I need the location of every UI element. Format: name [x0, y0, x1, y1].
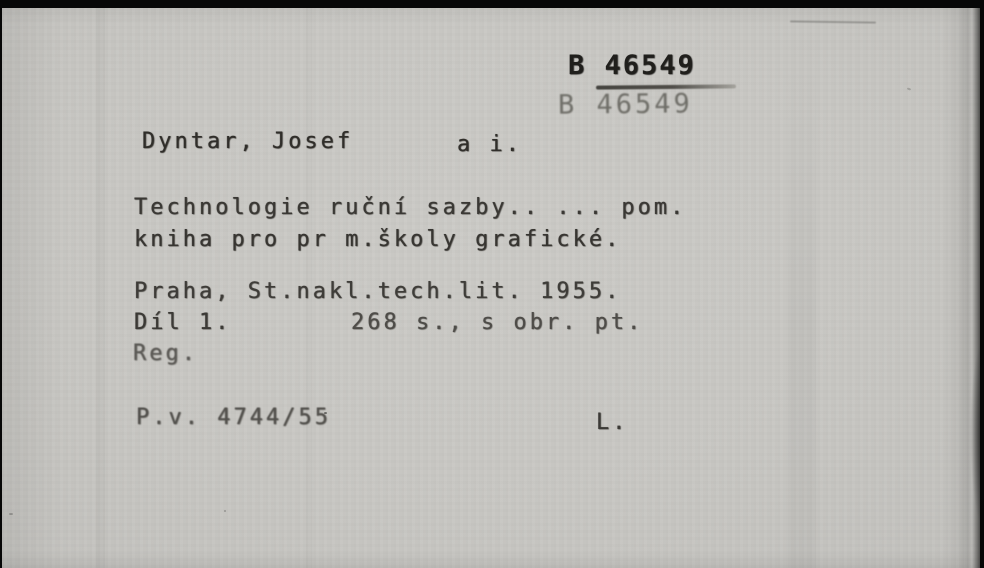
right-edge-crease	[958, 8, 980, 568]
imprint-note: Reg.	[133, 343, 198, 365]
cataloguer-initial: L.	[596, 412, 629, 434]
card-paper: B 46549 B 46549 Dyntar, Josef a i. Techn…	[2, 8, 980, 568]
paper-speck	[224, 510, 226, 512]
accession-number: P.v. 4744/55	[136, 407, 331, 429]
title-line-2: kniha pro pr m.školy grafické.	[134, 229, 621, 251]
call-number-stamp-faint: B 46549	[558, 88, 693, 120]
paper-scan-band	[788, 8, 816, 568]
paper-scan-band	[96, 8, 105, 568]
imprint-collation: 268 s., s obr. pt.	[351, 312, 643, 334]
call-number-stamp: B 46549	[568, 50, 696, 81]
title-line-1: Technologie ruční sazby.. ... pom.	[134, 197, 686, 219]
paper-speck	[907, 87, 911, 90]
author-name: Dyntar, Josef	[142, 131, 353, 153]
author-suffix: a i.	[457, 134, 522, 156]
imprint-volume: Díl 1.	[134, 312, 231, 334]
pencil-mark	[790, 20, 876, 23]
right-edge-shadow	[970, 338, 984, 528]
scanned-catalog-card: B 46549 B 46549 Dyntar, Josef a i. Techn…	[0, 0, 984, 568]
imprint-place-publisher-year: Praha, St.nakl.tech.lit. 1955.	[134, 281, 621, 303]
paper-speck	[9, 513, 13, 515]
